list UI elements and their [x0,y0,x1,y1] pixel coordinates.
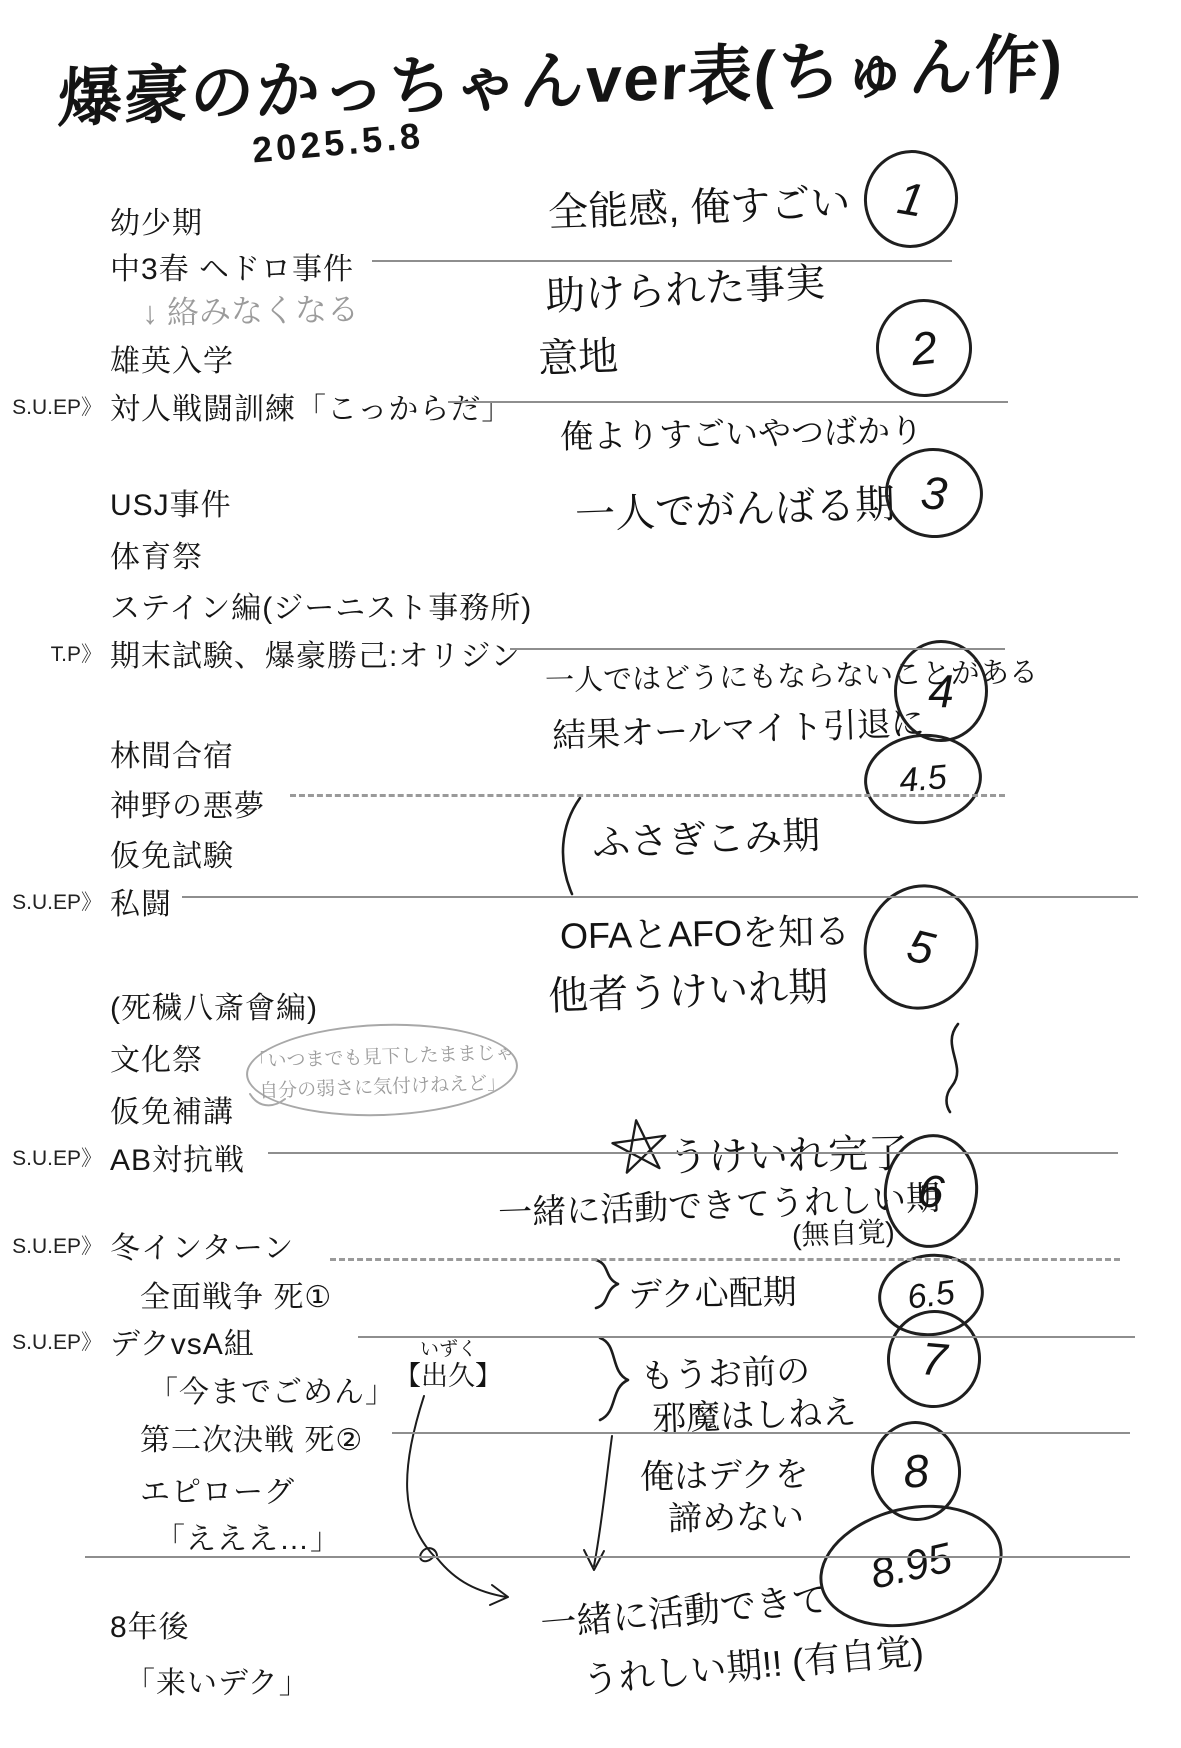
event-text: 雄英入学 [110,345,234,378]
divider-line [85,1556,1130,1558]
divider-line [330,1258,1120,1261]
event-label: 全面戦争 死① [140,1272,332,1316]
divider-line [448,401,1008,403]
no-hindrance-brace [600,1338,628,1420]
phase-number-circle: 4 [894,640,988,742]
izuku-arrow-tail [437,1558,506,1597]
phase-number: 4 [928,664,954,718]
event-label: 幼少期 [110,198,203,242]
handwritten-note: (無自覚) [791,1210,895,1254]
event-text: 第二次決戦 死② [140,1424,363,1457]
not-give-up-arrowhead [584,1550,604,1570]
event-label: S.U.EP》冬インターン [110,1223,294,1267]
event-text: 「今までごめん」 [148,1376,396,1409]
event-text: USJ事件 [110,489,232,522]
event-prefix: S.U.EP》 [12,1230,102,1260]
event-label: エピローグ [140,1467,295,1511]
handwritten-note: 全能感, 俺すごい [547,171,851,239]
event-label: USJ事件 [110,480,232,524]
event-prefix: S.U.EP》 [12,1326,102,1356]
event-label: (死穢八斎會編) [110,983,318,1027]
event-label: S.U.EP》私闘 [110,879,172,923]
event-label: 林間合宿 [110,731,234,775]
event-label: 文化祭 [110,1035,203,1079]
handwritten-note: 俺よりすごいやつばかり [560,405,924,458]
star-icon [610,1117,670,1175]
divider-line [392,1432,1130,1434]
event-text: 仮免試験 [110,840,234,873]
event-text: ステイン編(ジーニスト事務所) [110,592,532,625]
handwritten-note: 他者うけいれ期 [547,955,829,1022]
event-label: 第二次決戦 死② [140,1415,363,1459]
phase-number: 7 [919,1331,949,1387]
izuku-arrowhead [490,1585,508,1605]
phase-number-circle: 8.95 [807,1488,1015,1645]
page-title: 爆豪のかっちゃんver表(ちゅん作) [57,12,1066,139]
event-text: 仮免補講 [110,1096,234,1129]
event-label: 雄英入学 [110,336,234,380]
phase-number-circle: 3 [881,443,988,543]
event-text: 林間合宿 [110,740,234,773]
event-label: 「来いデク」 [125,1658,310,1702]
gloom-phase-brace [563,798,580,894]
phase-number-circle: 1 [856,143,966,256]
event-text: 対人戦闘訓練「こっからだ」 [110,393,512,426]
handwritten-note: OFAとAFOを知る [560,903,851,959]
phase-number: 6 [915,1163,947,1220]
event-label: 8年後 [110,1602,190,1646]
event-text: (死穢八斎會編) [110,992,318,1025]
phase-number: 5 [902,918,940,977]
handwritten-note: 諦めない [668,1489,805,1540]
timeline-chart: 爆豪のかっちゃんver表(ちゅん作) 2025.5.8 「いつまでも見下したまま… [0,0,1181,1748]
event-text: 神野の悪夢 [110,790,265,823]
event-text: 文化祭 [110,1044,203,1077]
event-text: 期末試験、爆豪勝己:オリジン [110,640,522,673]
event-text: 体育祭 [110,541,203,574]
worry-phase-brace [596,1260,618,1308]
handwritten-note: 【出久】 [394,1354,502,1393]
phase-number: 8.95 [866,1533,956,1598]
phase-number-circle: 2 [871,294,977,401]
event-label: 「今までごめん」 [148,1367,396,1411]
event-prefix: T.P》 [51,638,102,668]
event-text: 冬インターン [110,1232,294,1265]
event-label: 中3春 ヘドロ事件 [110,244,354,288]
event-label: T.P》期末試験、爆豪勝己:オリジン [110,631,522,675]
handwritten-note: 結果オールマイト引退に [551,696,925,758]
phase-number: 1 [894,170,929,228]
event-label: 体育祭 [110,532,203,576]
not-give-up-arrow-line [594,1436,612,1566]
event-text: 「来いデク」 [125,1667,310,1700]
divider-line [358,1336,1135,1338]
event-label: S.U.EP》デクvsA組 [110,1319,255,1363]
gray-annotation: ↓ 絡みなくなる [142,284,360,334]
izuku-arrow-loop [420,1548,437,1561]
divider-line [182,896,1138,898]
event-label: 「えええ…」 [155,1514,341,1558]
event-text: 幼少期 [110,207,203,240]
event-text: 中3春 ヘドロ事件 [110,253,354,286]
event-label: S.U.EP》対人戦闘訓練「こっからだ」 [110,384,512,428]
phase-number: 2 [908,320,939,376]
speech-bubble-line: 自分の弱さに気付けねえど」 [259,1067,507,1103]
event-text: デクvsA組 [110,1328,255,1361]
divider-line [290,794,1005,797]
event-prefix: S.U.EP》 [12,391,102,421]
phase-number-circle: 5 [850,872,991,1022]
phase-number: 3 [918,465,949,521]
event-label: ステイン編(ジーニスト事務所) [110,583,532,627]
handwritten-note: ふさぎこみ期 [591,804,821,867]
event-text: 私闘 [110,888,172,921]
event-label: S.U.EP》AB対抗戦 [110,1135,245,1179]
event-text: エピローグ [140,1476,295,1509]
event-label: 仮免補講 [110,1087,234,1131]
event-prefix: S.U.EP》 [12,1142,102,1172]
handwritten-note: デク心配期 [628,1265,797,1317]
divider-line [372,260,952,262]
handwritten-note: 一人でがんばる期 [574,472,896,540]
divider-line [510,648,1005,650]
speech-bubble: 「いつまでも見下したままじゃ 自分の弱さに気付けねえど」 [244,1019,519,1120]
event-text: AB対抗戦 [110,1144,245,1177]
izuku-curved-arrow [407,1396,434,1556]
event-prefix: S.U.EP》 [12,886,102,916]
event-text: 「えええ…」 [155,1523,341,1556]
phase-number: 8 [901,1443,931,1499]
event-text: 全面戦争 死① [140,1281,332,1314]
divider-line [268,1152,1118,1154]
event-text: 8年後 [110,1611,190,1644]
acceptance-squiggle-connector [947,1024,959,1112]
event-label: 仮免試験 [110,831,234,875]
handwritten-note: 意地 [537,325,619,385]
event-label: 神野の悪夢 [110,781,265,825]
